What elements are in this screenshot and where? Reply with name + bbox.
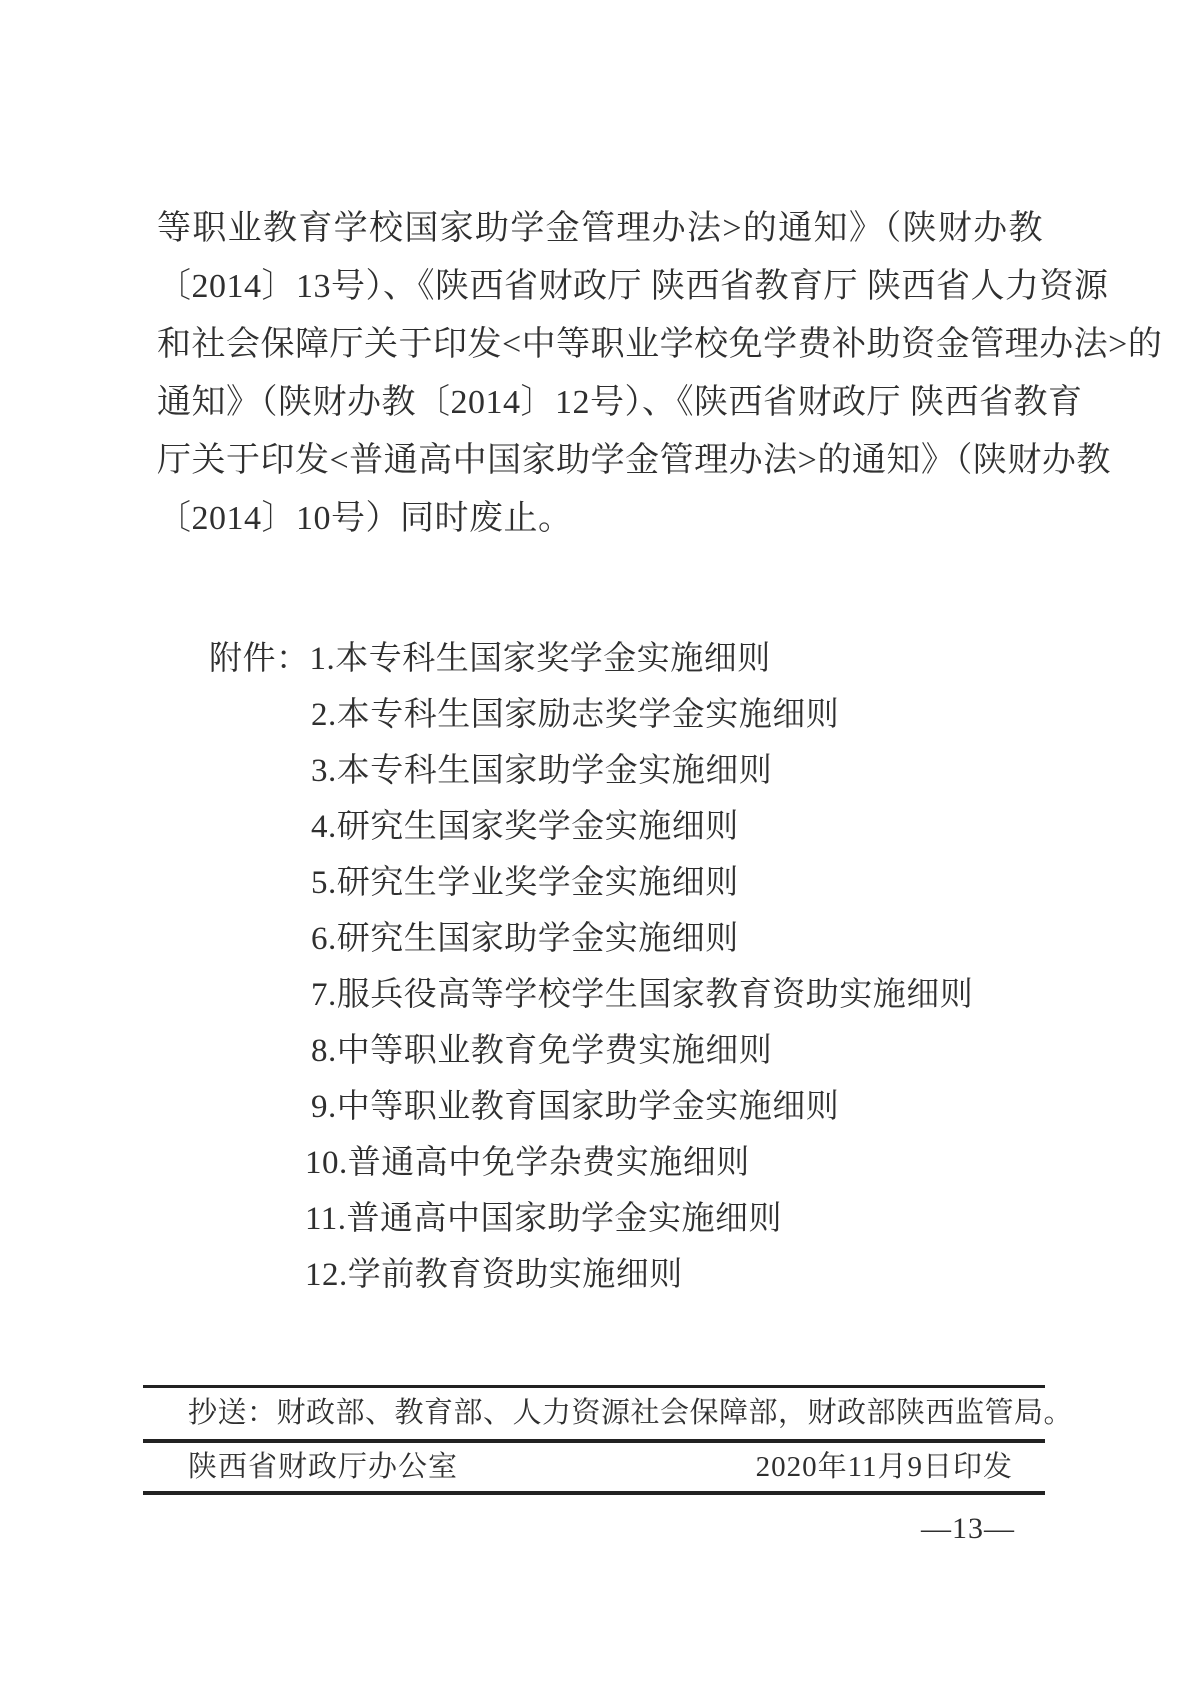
body-line-5: 厅关于印发<普通高中国家助学金管理办法>的通知》（陕财办教	[157, 432, 1043, 490]
attachment-item: 5.研究生学业奖学金实施细则	[209, 855, 1059, 911]
print-date: 2020年11月9日印发	[756, 1443, 1013, 1491]
attachment-item: 7.服兵役高等学校学生国家教育资助实施细则	[209, 967, 1059, 1023]
footer: 抄送：财政部、教育部、人力资源社会保障部，财政部陕西监管局。 陕西省财政厅办公室…	[143, 1385, 1045, 1495]
document-page: 等职业教育学校国家助学金管理办法>的通知》（陕财办教 〔2014〕13号）、《陕…	[0, 0, 1200, 1694]
body-line-1: 等职业教育学校国家助学金管理办法>的通知》（陕财办教	[157, 200, 1043, 258]
attachment-item: 2.本专科生国家励志奖学金实施细则	[209, 687, 1059, 743]
issuing-office: 陕西省财政厅办公室	[188, 1443, 458, 1491]
attachment-label: 附件：	[209, 631, 310, 687]
attachment-row: 附件： 1.本专科生国家奖学金实施细则	[209, 631, 1059, 687]
body-line-2: 〔2014〕13号）、《陕西省财政厅 陕西省教育厅 陕西省人力资源	[157, 258, 1043, 316]
attachment-item: 11.普通高中国家助学金实施细则	[209, 1191, 1059, 1247]
attachment-item: 10.普通高中免学杂费实施细则	[209, 1135, 1059, 1191]
page-number: —13—	[921, 1512, 1015, 1546]
cc-line: 抄送：财政部、教育部、人力资源社会保障部，财政部陕西监管局。	[143, 1388, 1045, 1439]
attachment-item: 12.学前教育资助实施细则	[209, 1247, 1059, 1303]
issuing-row: 陕西省财政厅办公室 2020年11月9日印发	[143, 1443, 1045, 1491]
body-line-4: 通知》（陕财办教〔2014〕12号）、《陕西省财政厅 陕西省教育	[157, 374, 1043, 432]
attachment-item: 6.研究生国家助学金实施细则	[209, 911, 1059, 967]
attachment-item: 1.本专科生国家奖学金实施细则	[310, 631, 771, 687]
attachment-item: 9.中等职业教育国家助学金实施细则	[209, 1079, 1059, 1135]
attachment-list: 附件： 1.本专科生国家奖学金实施细则 2.本专科生国家励志奖学金实施细则 3.…	[209, 631, 1059, 1303]
attachment-item: 4.研究生国家奖学金实施细则	[209, 799, 1059, 855]
body-line-6: 〔2014〕10号）同时废止。	[157, 490, 1043, 548]
body-line-3: 和社会保障厅关于印发<中等职业学校免学费补助资金管理办法>的	[157, 316, 1043, 374]
footer-bottom-rule	[143, 1491, 1045, 1495]
attachment-item: 3.本专科生国家助学金实施细则	[209, 743, 1059, 799]
attachment-item: 8.中等职业教育免学费实施细则	[209, 1023, 1059, 1079]
body-paragraph: 等职业教育学校国家助学金管理办法>的通知》（陕财办教 〔2014〕13号）、《陕…	[157, 200, 1043, 548]
